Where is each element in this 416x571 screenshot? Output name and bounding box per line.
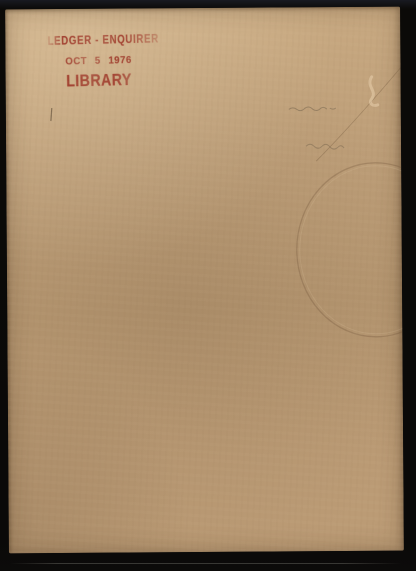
photo-back-paper: LEDGER - ENQUIRER OCT 5 1976 LIBRARY: [5, 7, 404, 554]
circular-impression-mark: [296, 162, 404, 337]
stamp-library-line: LIBRARY: [38, 70, 160, 92]
library-date-stamp: LEDGER - ENQUIRER OCT 5 1976 LIBRARY: [37, 33, 160, 92]
pencil-scribble-1: [289, 107, 336, 111]
circular-impression-highlight: [299, 165, 404, 334]
scanned-photo-back: LEDGER - ENQUIRER OCT 5 1976 LIBRARY: [0, 0, 416, 571]
light-scuff-blemish: [370, 77, 378, 106]
stamp-organization-line: LEDGER - ENQUIRER: [37, 33, 159, 48]
diagonal-scratch-crease: [316, 67, 403, 162]
stamp-date-text: OCT 5 1976: [65, 54, 132, 68]
stamp-date-line: OCT 5 1976: [37, 53, 159, 68]
stamp-organization-text: LEDGER - ENQUIRER: [47, 33, 159, 48]
stamp-library-text: LIBRARY: [66, 71, 132, 91]
small-pencil-tick: [51, 108, 52, 121]
scanner-artifact-line: [10, 563, 402, 564]
pencil-scribble-2: [306, 144, 344, 149]
